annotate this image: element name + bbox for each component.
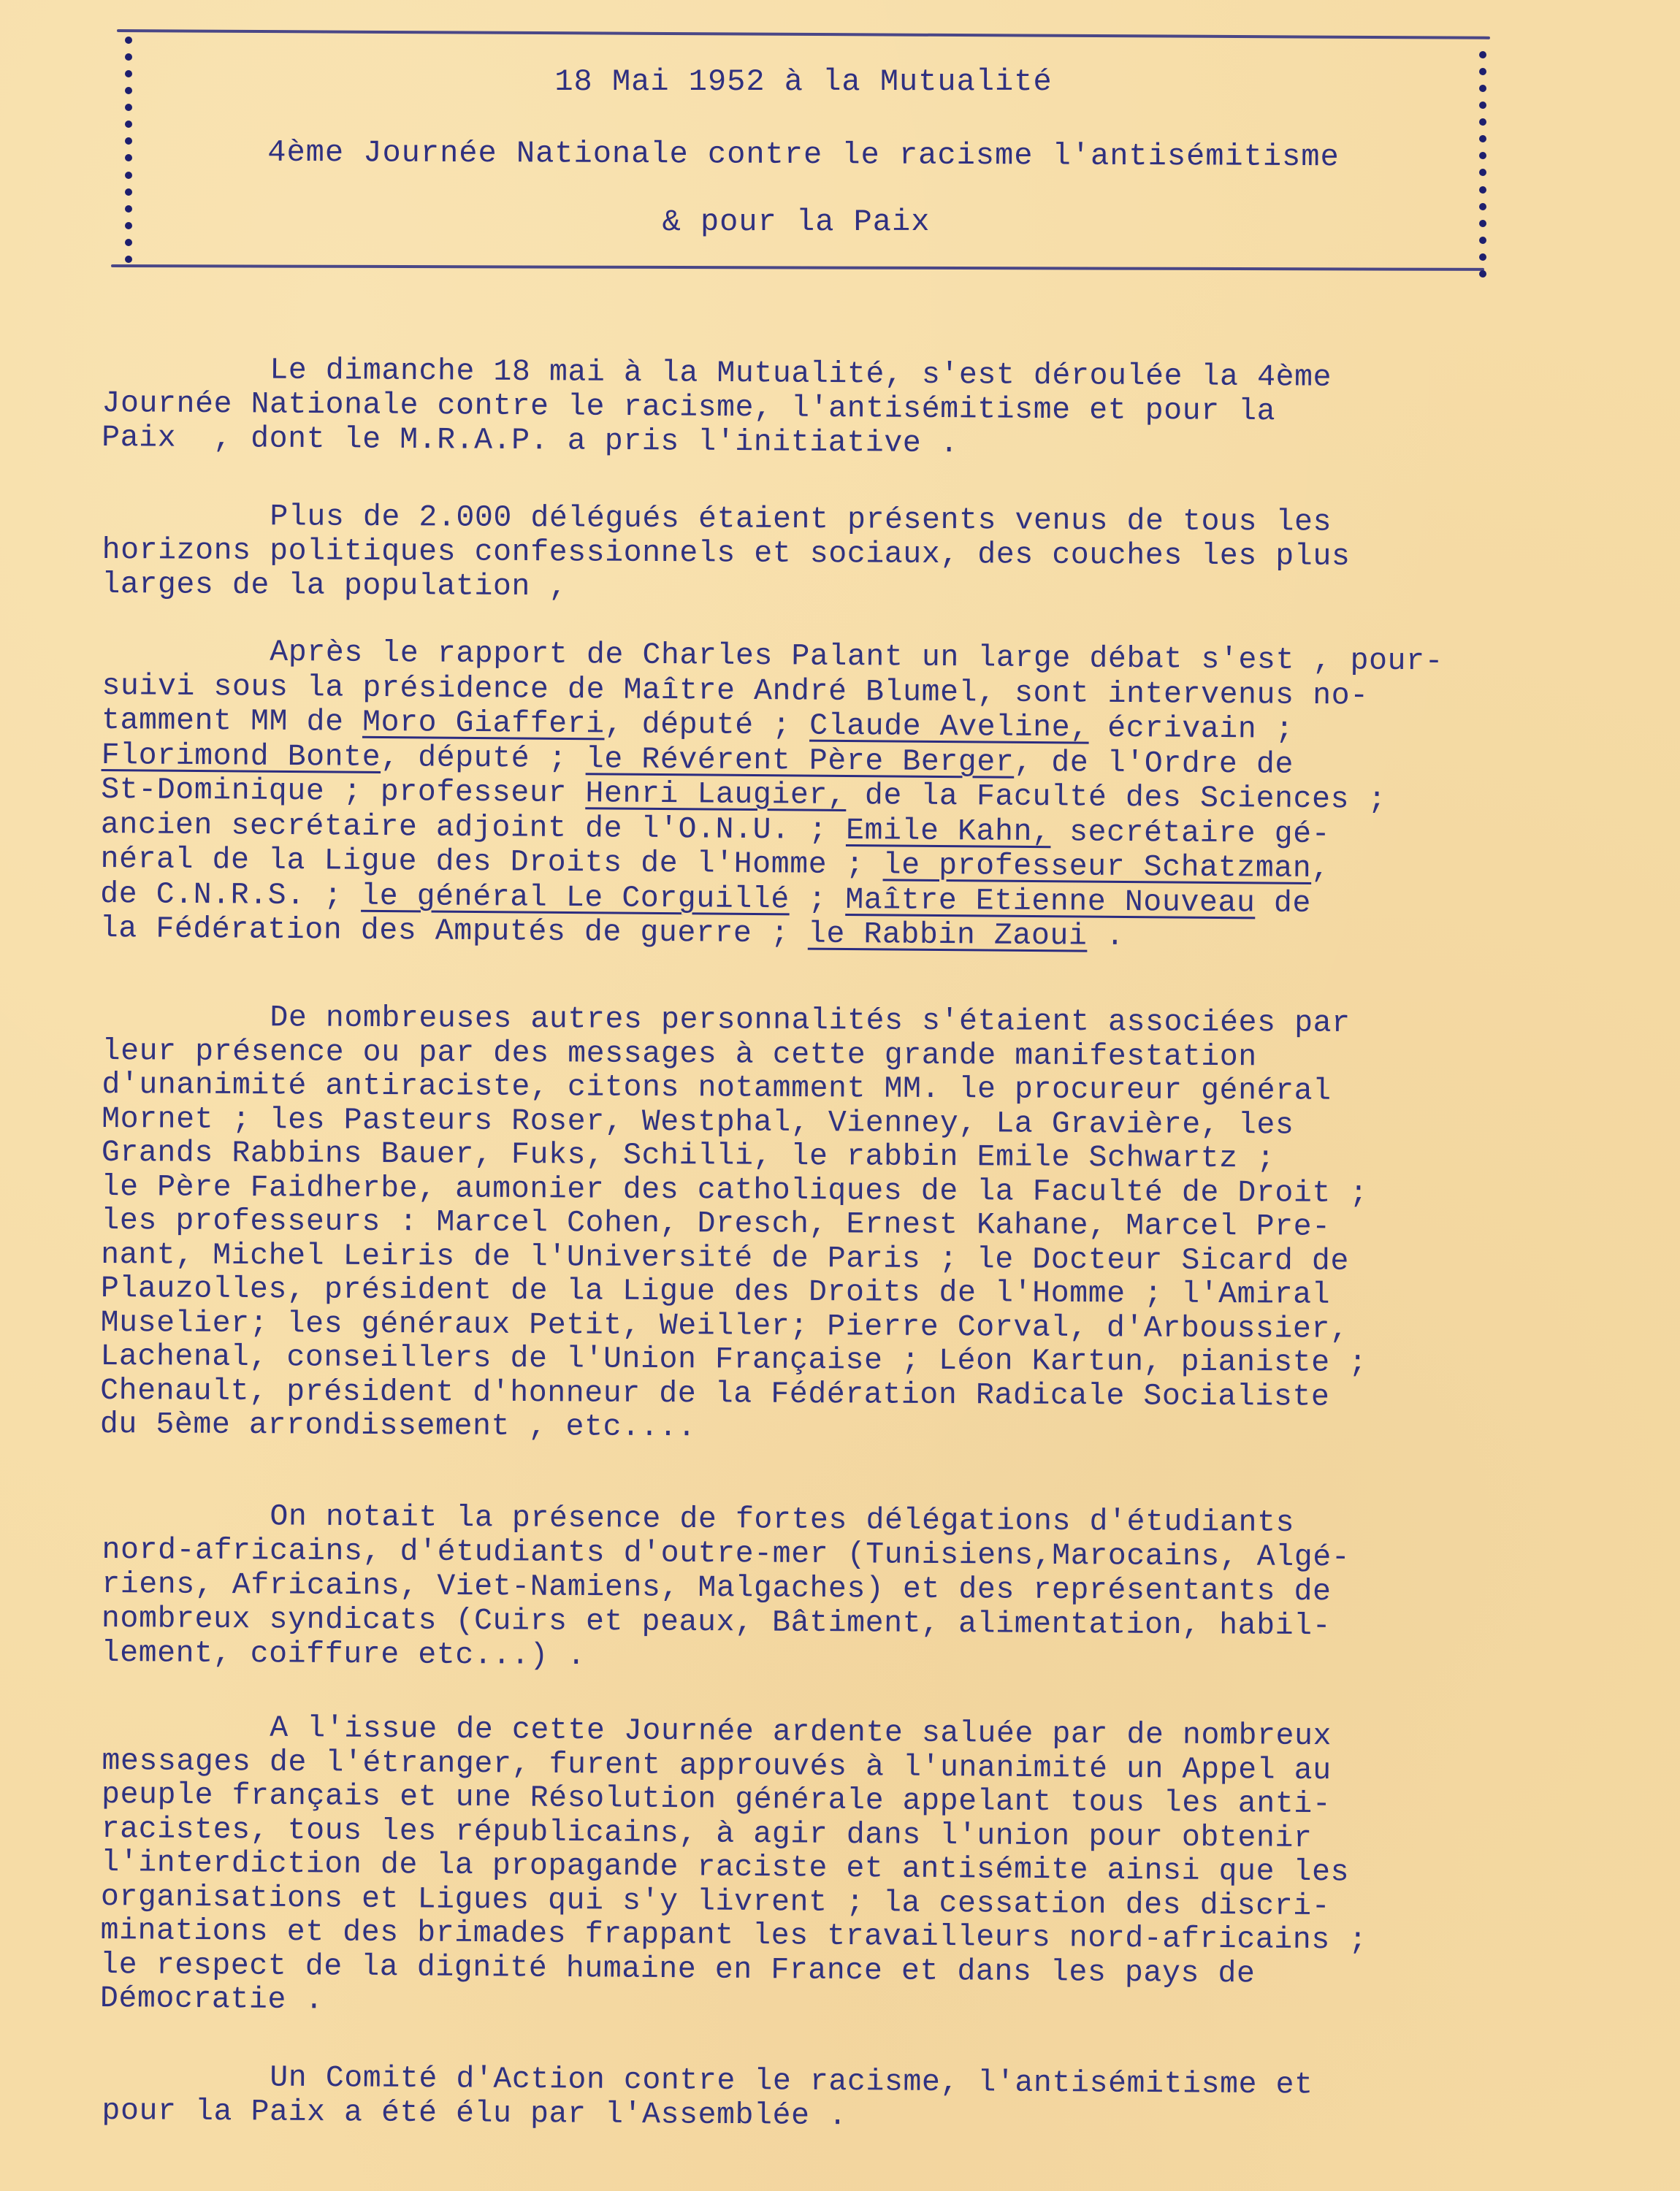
paragraph-committee: Un Comité d'Action contre le racisme, l'… [102,2060,1607,2138]
underlined-name: le général Le Corguillé [361,879,790,917]
text-line: larges de la population , [102,567,1606,610]
underlined-name: Henri Laugier, [585,776,846,813]
underlined-name: Moro Giafferi [362,706,605,742]
paragraph-delegations: On notait la présence de fortes délégati… [102,1499,1607,1680]
underlined-name: Emile Kahn, [846,814,1051,849]
header-date-venue: 18 Mai 1952 à la Mutualité [117,64,1490,99]
header-box: 18 Mai 1952 à la Mutualité 4ème Journée … [117,29,1490,267]
paragraph-delegates: Plus de 2.000 délégués étaient présents … [102,499,1607,610]
typewritten-document: 18 Mai 1952 à la Mutualité 4ème Journée … [0,0,1680,2191]
underlined-name: le Révérent Père Berger [586,742,1015,780]
paragraph-resolution: A l'issue de cette Journée ardente salué… [100,1710,1607,2028]
underlined-name: Claude Aveline, [809,709,1089,746]
underlined-name: le professeur Schatzman [883,848,1312,886]
underlined-name: le Rabbin Zaoui [808,917,1088,954]
header-event-subtitle: & pour la Paix [110,204,1483,240]
underlined-name: Florimond Bonte [102,738,381,774]
header-bottom-rule [111,264,1484,271]
paragraph-personalities: De nombreuses autres personnalités s'éta… [100,1001,1607,1450]
header-event-title: 4ème Journée Nationale contre le racisme… [117,134,1490,175]
paragraph-opening: Le dimanche 18 mai à la Mutualité, s'est… [102,352,1607,465]
underlined-name: Maître Etienne Nouveau [845,883,1255,920]
header-top-rule [117,29,1490,39]
text-line: du 5ème arrondissement , etc.... [100,1408,1605,1450]
paragraph-speakers: Après le rapport de Charles Palant un la… [100,634,1607,958]
